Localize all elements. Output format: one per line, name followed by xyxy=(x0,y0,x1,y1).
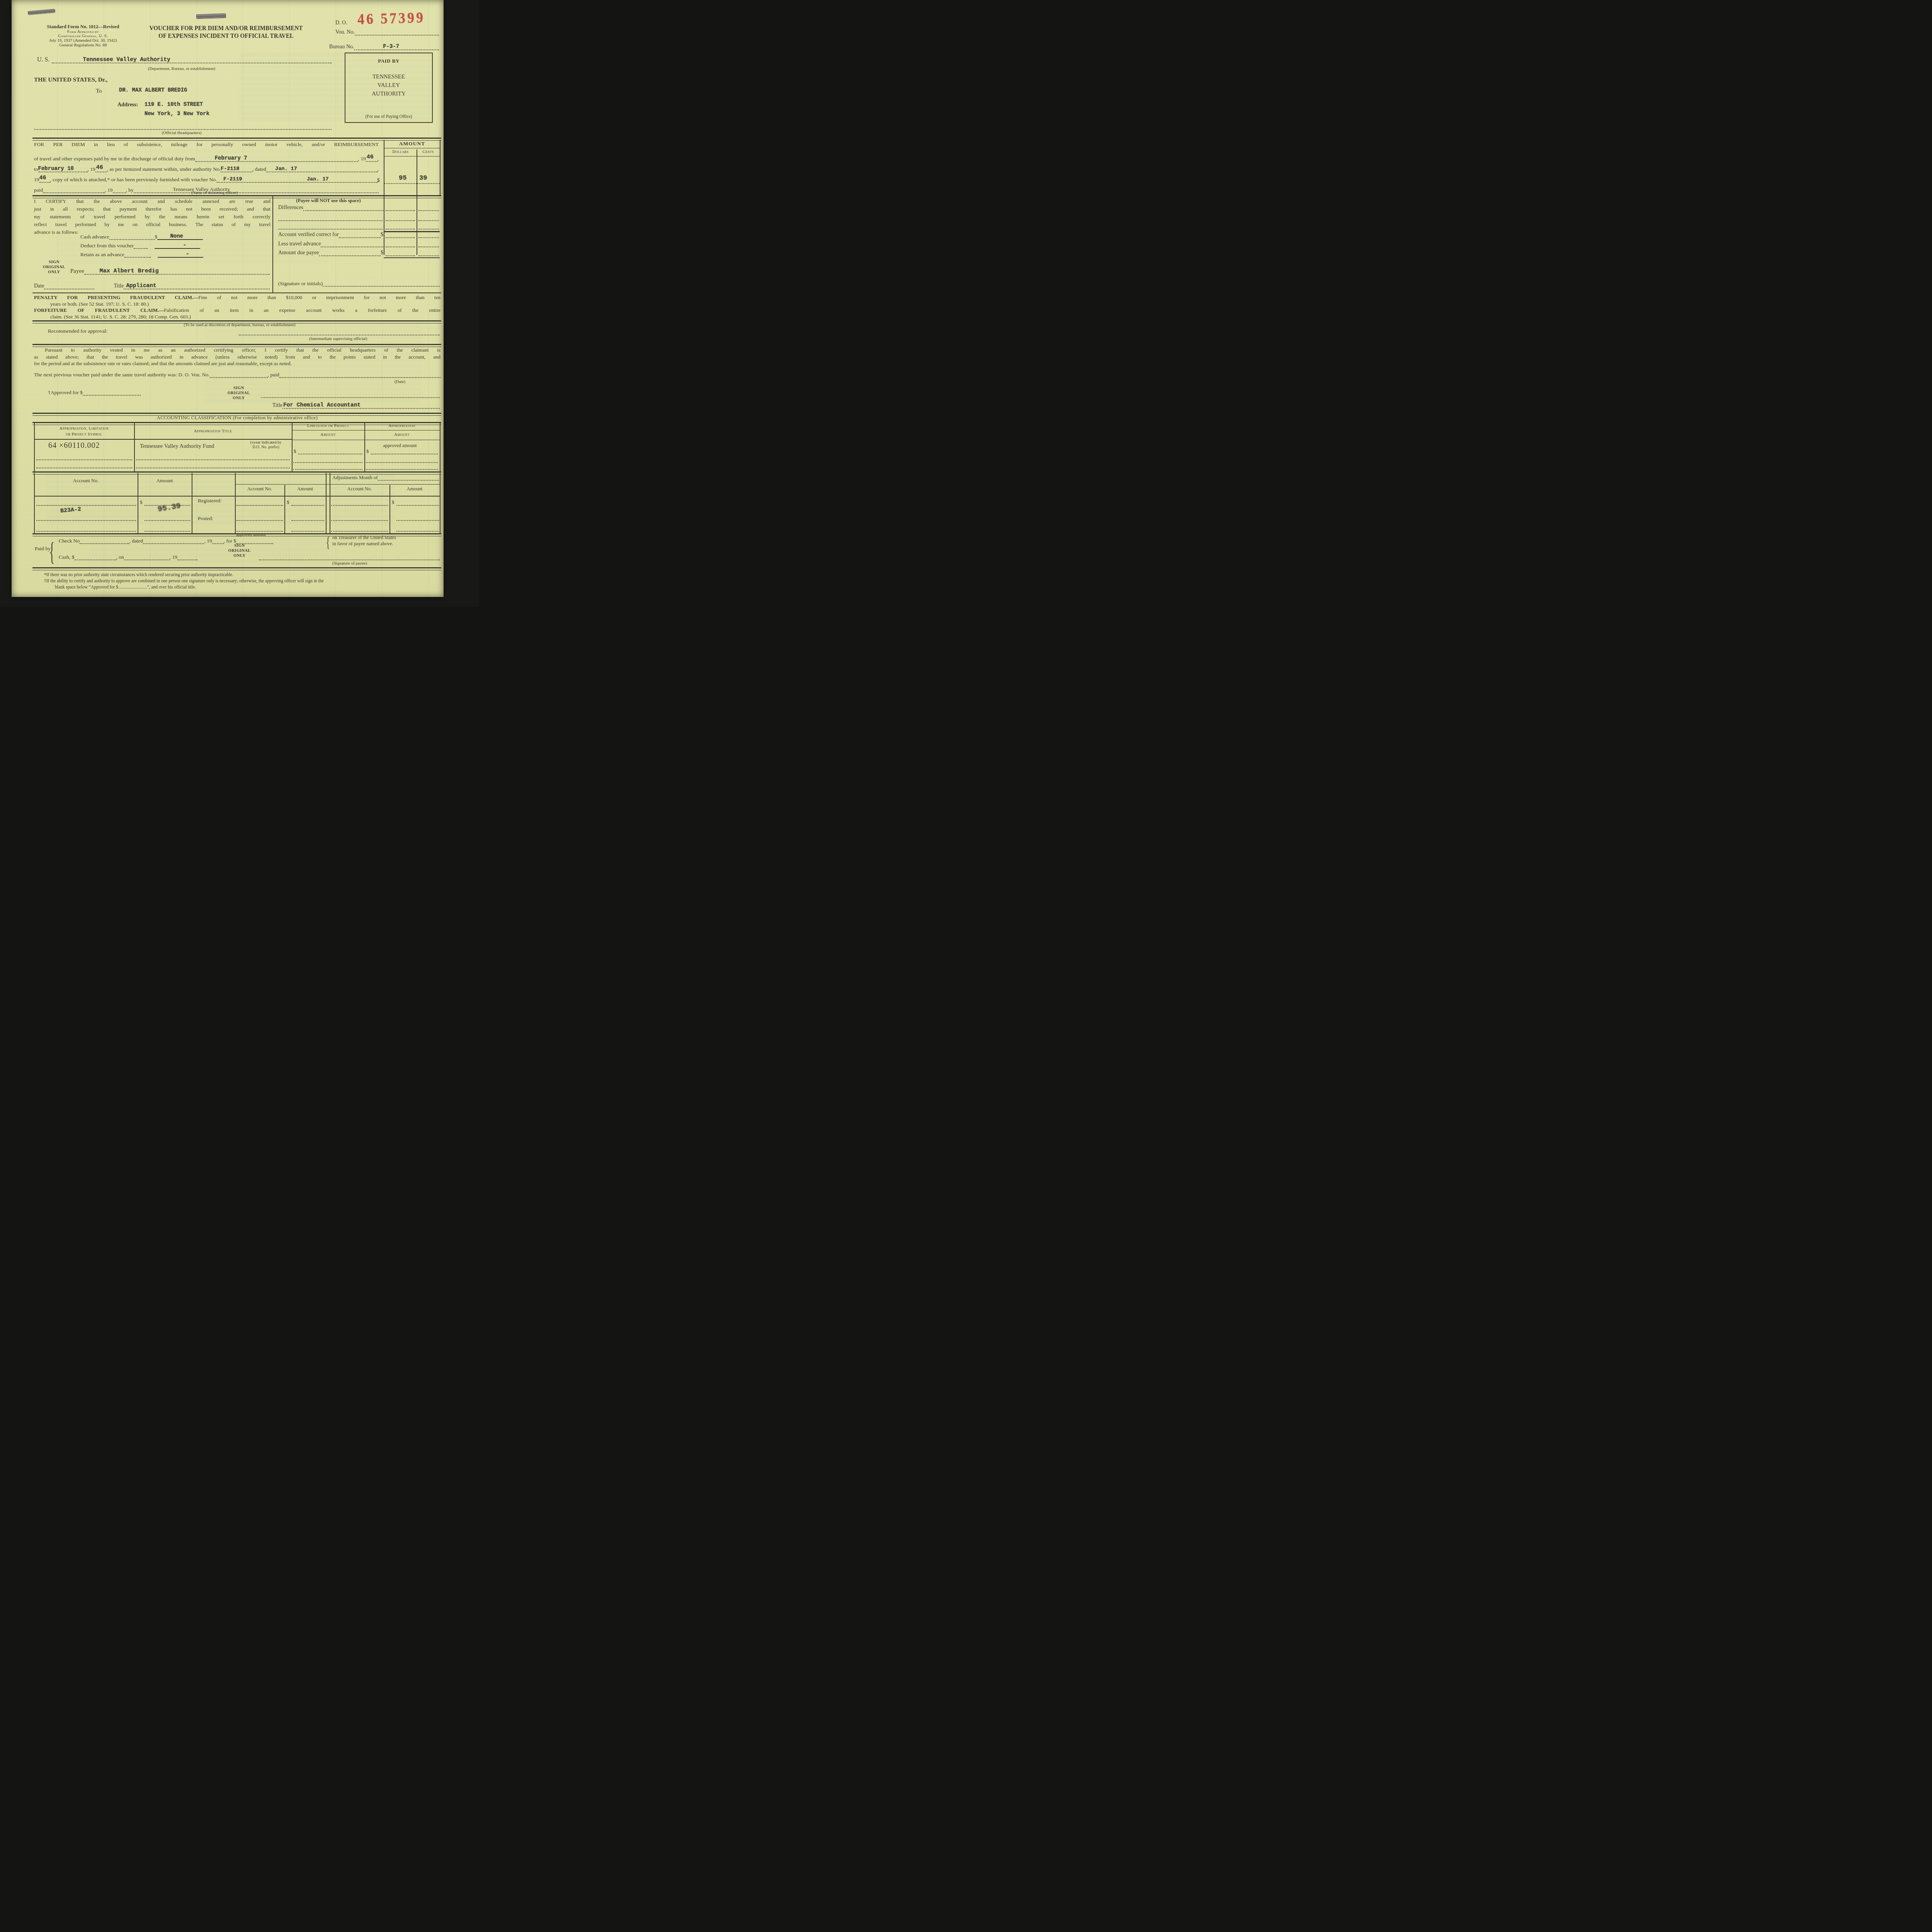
per-diem-line-3: to February 10 , 19 46 , as per itemized… xyxy=(34,162,379,172)
authority-no-value: F-2118 xyxy=(221,166,240,172)
acct-row3-col3 xyxy=(293,469,362,470)
verify-col-divider xyxy=(417,195,417,255)
acct2-v6 xyxy=(389,485,390,533)
acct2-subheader-rule xyxy=(235,484,440,485)
l4-year-value: 46 xyxy=(39,175,46,181)
deduct-row: Deduct from this voucher - xyxy=(80,242,243,249)
general-regulations: General Regulations No. 88 xyxy=(33,43,133,48)
cash-date-field xyxy=(124,554,170,560)
post-row-amt xyxy=(145,520,190,521)
approved-amount-note: approved amount xyxy=(365,443,435,449)
post-row-midacct xyxy=(236,520,283,521)
account-no-value: B23A-2 xyxy=(60,506,81,515)
limitation-amount-header: Amount xyxy=(293,432,364,437)
reg-row-midacct xyxy=(236,505,283,506)
per-diem-line-1: FOR PER DIEM in lieu of subsistence, mil… xyxy=(34,141,379,151)
amount-header: Amount xyxy=(138,478,191,484)
acct-row3-col4 xyxy=(366,469,438,470)
dollars-header: Dollars xyxy=(384,150,417,154)
certify-divider xyxy=(272,195,273,293)
certify-line-2: just in all respects; that payment there… xyxy=(34,205,270,213)
intermediate-caption: (Intermediate supervising official) xyxy=(278,337,398,341)
acct-header-rule xyxy=(34,439,292,440)
per-diem-text-2b: , 19 xyxy=(358,156,366,162)
comma: , xyxy=(378,166,379,172)
blank-row-1-cents xyxy=(418,220,439,221)
payee-signature-line xyxy=(259,560,440,560)
posted-label: Posted: xyxy=(198,515,213,522)
department-value: Tennessee Valley Authority xyxy=(83,57,170,63)
verify-total-rule xyxy=(384,231,440,232)
pursuant-line-3: for the period and at the subsistence ra… xyxy=(34,360,440,367)
less-advance-leader xyxy=(321,241,383,247)
check-no-label: Check No xyxy=(59,538,80,544)
paid-label: , paid xyxy=(268,372,279,378)
adjustments-row: Adjustments Month of xyxy=(332,474,439,481)
retain-label: Retain as an advance xyxy=(80,252,124,258)
staple-icon xyxy=(196,14,226,19)
forfeiture-line: FORFEITURE OF FRAUDULENT CLAIM.—Falsific… xyxy=(34,307,440,314)
col1-header-line1: Appropriation, Limitation xyxy=(35,426,133,432)
bureau-no-label: Bureau No. xyxy=(329,44,354,50)
per-diem-text-2: of travel and other expenses paid by me … xyxy=(34,156,195,162)
row3-midamt xyxy=(291,531,324,532)
dollar-sign: $ xyxy=(140,499,143,505)
certifying-title-label: Title xyxy=(272,403,282,409)
due-payee-leader xyxy=(319,250,381,256)
authority-no-field: F-2118 xyxy=(221,166,252,172)
certifying-title-value: For Chemical Accountant xyxy=(283,402,361,408)
acct2-v2 xyxy=(192,473,192,533)
authority-date-field: Jan. 17 xyxy=(266,166,378,172)
paid-by-brace: { xyxy=(49,537,54,567)
verified-leader xyxy=(339,232,381,238)
verified-label: Account verified correct for xyxy=(278,232,339,238)
acct-subheader-rule-2 xyxy=(292,440,440,440)
bureau-no-value: F-3-7 xyxy=(383,44,399,50)
us-label: U. S. xyxy=(37,56,49,63)
forfeiture-citation: claim. (See 36 Stat. 1141; U. S. C. 28: … xyxy=(34,314,440,320)
cents-header: Cents xyxy=(417,150,440,154)
accounting-heading: ACCOUNTING CLASSIFICATION (For completio… xyxy=(34,415,440,421)
voucher-title: VOUCHER FOR PER DIEM AND/OR REIMBURSEMEN… xyxy=(134,25,318,40)
only-word: ONLY xyxy=(223,396,254,401)
do-number-stamp: 46 57399 xyxy=(357,8,425,28)
paid-by-label: Paid by xyxy=(35,546,51,552)
sign-original-only-2: SIGN ORIGINAL ONLY xyxy=(223,386,254,401)
title-label: Title xyxy=(114,283,124,289)
per-diem-text-3b: , 19 xyxy=(88,166,95,172)
verified-amt-seg xyxy=(386,237,415,238)
mid-account-no-header: Account No. xyxy=(236,486,284,492)
per-diem-text-3: to xyxy=(34,166,38,172)
approved-for-row: †Approved for $ xyxy=(48,389,141,396)
pursuant-line-2: as stated above; that the travel was aut… xyxy=(34,354,440,361)
xyear-note: (xyear indicated by D.O. No. prefix) xyxy=(240,440,291,450)
reg-row-midamt xyxy=(291,505,324,506)
less-advance-cents-seg xyxy=(418,247,439,247)
adj-account-no-header: Account No. xyxy=(330,486,389,492)
certifying-title-row: Title For Chemical Accountant xyxy=(272,403,440,409)
date-label: Date xyxy=(34,283,44,289)
footnote-1: *If there was no prior authority state c… xyxy=(44,572,440,578)
per-diem-text-3c: , as per itemized statement within, unde… xyxy=(107,166,221,172)
forfeiture-text: Falsification of an item in an expense a… xyxy=(164,307,440,313)
acct2-v3 xyxy=(235,473,236,533)
amount-dollars-value: 95 xyxy=(399,175,406,182)
to-date-value: February 10 xyxy=(38,166,74,172)
post-row-adjacct xyxy=(331,520,388,521)
adjustments-label: Adjustments Month of xyxy=(332,474,378,481)
paying-office-caption: (For use of Paying Office) xyxy=(345,114,432,119)
title-field: Applicant xyxy=(124,283,270,289)
title-value: Applicant xyxy=(126,283,156,289)
certify-paragraph: I CERTIFY that the above account and sch… xyxy=(34,197,270,236)
department-field: Tennessee Valley Authority xyxy=(52,57,332,63)
row3-adjamt xyxy=(396,531,439,532)
blank-row-1 xyxy=(278,220,383,221)
date-title-row: Date Title Applicant xyxy=(34,283,270,289)
appropriation-header: Appropriation xyxy=(365,423,439,428)
certify-line-1: I CERTIFY that the above account and sch… xyxy=(34,197,270,205)
footnotes: *If there was no prior authority state c… xyxy=(44,572,440,590)
check-year-field xyxy=(212,538,224,544)
sign-word: SIGN xyxy=(223,386,254,391)
per-diem-text-4b: , copy of which is attached,* or has bee… xyxy=(50,177,217,183)
original-word: ORIGINAL xyxy=(39,265,70,270)
paid-by-title: PAID BY xyxy=(345,58,432,64)
acct-row3-col1 xyxy=(36,468,132,468)
approved-for-field xyxy=(83,389,141,396)
form-approved-by: Form Approved by xyxy=(33,30,133,34)
post-row-adjamt xyxy=(396,520,439,521)
blank-row-2-cents xyxy=(418,229,439,230)
deduct-value: - xyxy=(183,242,187,248)
appropriation-symbol-value: 64 ×60110.002 xyxy=(48,441,100,450)
approved-for-label: †Approved for $ xyxy=(48,389,83,396)
comma: , xyxy=(378,177,379,183)
retain-leader xyxy=(124,252,151,258)
previous-voucher-no-field xyxy=(210,372,268,378)
cash-advance-row: Cash advance $ None xyxy=(80,233,243,240)
cash-year-label: , 19 xyxy=(170,554,177,560)
acct-row2-col2 xyxy=(136,459,290,460)
differences-field xyxy=(303,205,383,211)
dollar-sign: $ xyxy=(287,499,289,505)
less-advance-amt-seg xyxy=(386,247,415,247)
paying-org: TENNESSEE VALLEY AUTHORITY xyxy=(345,73,432,98)
authority-date-value: Jan. 17 xyxy=(275,166,297,172)
certify-line-4: reflect travel performed by me on offici… xyxy=(34,221,270,228)
dollar-sign: $ xyxy=(381,250,383,256)
from-year-value: 46 xyxy=(367,154,374,160)
account-amount-value: 95.39 xyxy=(157,502,182,514)
cash-advance-leader xyxy=(109,234,155,240)
verify-col-left xyxy=(384,195,384,255)
per-diem-text-5c: , by xyxy=(126,187,134,193)
acct2-v5b xyxy=(330,473,330,533)
adjustments-month-field xyxy=(378,474,439,481)
form-number: Standard Form No. 1012—Revised xyxy=(33,24,133,30)
due-payee-amt-seg xyxy=(386,255,415,256)
differences-row: Differences xyxy=(278,205,383,211)
acct2-v4 xyxy=(284,485,285,533)
per-diem-text-5: paid xyxy=(34,187,43,193)
check-row: Check No , dated , 19 , for $ approved a… xyxy=(59,538,325,544)
per-diem-text-4: 19 xyxy=(34,177,39,183)
adj-amount-header: Amount xyxy=(390,486,439,492)
footnote-2: †If the ability to certify and authority… xyxy=(44,578,440,584)
prev-voucher-date-value: Jan. 17 xyxy=(307,177,329,182)
sign-original-only: SIGN ORIGINAL ONLY xyxy=(39,260,70,275)
paid-date-field xyxy=(279,372,440,378)
cash-advance-field: None xyxy=(157,233,203,240)
signature-initials-caption: (Signature or initials) xyxy=(278,281,323,287)
acct2-header-rule xyxy=(34,496,440,497)
appropriation-title-header: Appropriation Title xyxy=(135,429,291,434)
do-label: D. O. xyxy=(335,20,347,26)
deduct-field: - xyxy=(155,242,200,249)
cash-amount-field xyxy=(75,554,116,560)
vou-no-label: Vou. No. xyxy=(335,29,355,36)
check-no-field xyxy=(80,538,129,544)
paid-date-field xyxy=(43,187,105,193)
limitation-project-header: Limitation or Project xyxy=(293,423,364,428)
l4-year-field: 46 xyxy=(39,177,50,183)
signature-initials-field xyxy=(323,281,440,287)
appropriation-amount-field xyxy=(371,454,438,454)
differences-label: Differences xyxy=(278,205,303,211)
appropriation-title-value: Tennessee Valley Authority Fund xyxy=(140,443,214,450)
payee-label: Payee xyxy=(70,268,84,275)
signature-of-payee-caption: (Signature of payee) xyxy=(298,561,402,566)
verify-bottom-rule xyxy=(384,257,440,258)
account-no-header: Account No. xyxy=(35,478,137,484)
certifying-title-field: For Chemical Accountant xyxy=(282,403,440,409)
dollar-sign: $ xyxy=(294,448,296,454)
acct-row2-col3 xyxy=(293,462,362,463)
amount-cents-value: 39 xyxy=(419,175,427,182)
xyear-note-line1: (xyear indicated by xyxy=(240,440,291,445)
acct-row3-col2 xyxy=(136,468,290,468)
col1-header-line2: or Project Symbol xyxy=(35,432,133,437)
payee-signature-value: Max Albert Bredig xyxy=(100,268,159,274)
deduct-leader xyxy=(134,243,148,249)
dollars-cents-divider xyxy=(417,150,417,195)
org-line-1: TENNESSEE xyxy=(345,73,432,81)
blank-row-2 xyxy=(278,229,383,230)
differences-amount-seg xyxy=(386,210,415,211)
sign-word: SIGN xyxy=(39,260,70,265)
penalty-block: PENALTY FOR PRESENTING FRAUDULENT CLAIM.… xyxy=(34,294,440,320)
dated-label: , dated xyxy=(129,538,143,544)
due-payee-cents-seg xyxy=(418,255,439,256)
from-date-field: February 7 xyxy=(195,156,358,162)
section-rule xyxy=(32,567,441,570)
payee-signature-field: Max Albert Bredig xyxy=(84,269,270,275)
bureau-no-row: Bureau No. F-3-7 xyxy=(329,44,439,50)
reg-row-adjacct xyxy=(331,505,388,506)
to-year-field: 46 xyxy=(95,166,107,172)
penalty-line-1: PENALTY FOR PRESENTING FRAUDULENT CLAIM.… xyxy=(34,294,440,301)
blank-row-2-amt xyxy=(386,229,415,230)
comma: , xyxy=(378,156,379,162)
appropriation-amount-header: Amount xyxy=(365,432,439,437)
section-rule xyxy=(32,138,441,141)
row3-acct xyxy=(36,531,136,532)
due-payee-row: Amount due payee$ xyxy=(278,250,383,256)
dollar-sign: $ xyxy=(392,499,395,505)
less-advance-row: Less travel advance xyxy=(278,241,383,247)
penalty-text: Fine of not more than $10,000 or impriso… xyxy=(198,294,440,300)
footnote-3: blank space below “Approved for $.......… xyxy=(44,584,440,590)
pursuant-line-1: Pursuant to authority vested in me as an… xyxy=(34,347,440,354)
headquarters-caption: (Official Headquarters) xyxy=(124,131,240,135)
acct-col2-divider xyxy=(292,422,293,471)
check-date-field xyxy=(143,538,204,544)
treasurer-block: on Treasurer of the United States in fav… xyxy=(332,534,437,547)
united-states-debtor: THE UNITED STATES, Dr., xyxy=(34,77,107,83)
cash-advance-label: Cash advance xyxy=(80,234,109,240)
bureau-no-field: F-3-7 xyxy=(354,44,439,50)
paid-by-box: PAID BY TENNESSEE VALLEY AUTHORITY (For … xyxy=(345,53,433,123)
date-caption: (Date) xyxy=(371,379,429,384)
vou-no-field xyxy=(355,29,439,36)
less-advance-label: Less travel advance xyxy=(278,241,321,247)
acct2-v5a xyxy=(326,473,327,533)
per-diem-text-5b: , 19 xyxy=(105,187,112,193)
address-line-2: New York, 3 New York xyxy=(145,111,209,117)
section-rule xyxy=(32,293,441,293)
form-info-block: Standard Form No. 1012—Revised Form Appr… xyxy=(33,24,133,48)
deduct-label: Deduct from this voucher xyxy=(80,243,134,249)
only-word: ONLY xyxy=(39,270,70,275)
staple-icon xyxy=(28,9,55,15)
title-line-1: VOUCHER FOR PER DIEM AND/OR REIMBURSEMEN… xyxy=(134,25,318,32)
amount-entry-line xyxy=(384,183,440,184)
disbursing-officer-caption: (Name of disbursing officer) xyxy=(164,191,265,195)
accounting-bottom-rule xyxy=(32,471,441,474)
per-diem-text-1: FOR PER DIEM in lieu of subsistence, mil… xyxy=(34,141,379,147)
vou-no-row: Vou. No. xyxy=(335,29,439,36)
voucher-paper: Standard Form No. 1012—Revised Form Appr… xyxy=(12,0,444,597)
acct-border-right xyxy=(440,422,440,471)
cash-year-field xyxy=(177,554,197,560)
dollar-sign: $ xyxy=(155,234,158,240)
appropriation-symbol-header: Appropriation, Limitation or Project Sym… xyxy=(35,426,133,437)
forfeiture-heading: FORFEITURE OF FRAUDULENT CLAIM.— xyxy=(34,307,164,313)
to-date-field: February 10 xyxy=(38,166,88,172)
check-year-label: , 19 xyxy=(204,538,212,544)
previous-voucher-row: The next previous voucher paid under the… xyxy=(34,372,440,378)
org-line-2: VALLEY xyxy=(345,81,432,90)
per-diem-line-4: 19 46 , copy of which is attached,* or h… xyxy=(34,172,379,183)
reg-row-acct xyxy=(36,505,136,506)
retain-value: - xyxy=(186,251,189,257)
post-row-acct xyxy=(36,520,136,521)
acct-col1-divider xyxy=(134,422,135,471)
acct-row2-col1 xyxy=(36,459,132,460)
cash-row: Cash, $ , on , 19 xyxy=(59,554,221,560)
department-row: U. S. Tennessee Valley Authority xyxy=(37,56,332,63)
scanned-voucher-page: Standard Form No. 1012—Revised Form Appr… xyxy=(0,0,479,607)
cash-label: Cash, $ xyxy=(59,554,75,560)
comptroller-general: Comptroller General, U. S. xyxy=(33,34,133,38)
payee-space-caption: (Payee will NOT use this space) xyxy=(276,198,381,204)
row3-amt xyxy=(145,531,190,532)
payee-signature-row: Payee Max Albert Bredig xyxy=(70,268,270,275)
amount-title: AMOUNT xyxy=(384,141,440,147)
penalty-heading: PENALTY FOR PRESENTING FRAUDULENT CLAIM.… xyxy=(34,294,198,300)
approved-amount-note: approved amount xyxy=(236,532,266,537)
blank-row-1-amt xyxy=(386,220,415,221)
date-field xyxy=(44,283,94,289)
row3-adjacct xyxy=(331,531,388,532)
treasurer-line-2: in favor of payee named above. xyxy=(332,541,437,547)
original-word: ORIGINAL xyxy=(224,548,255,553)
treasurer-brace: { xyxy=(326,535,330,552)
certifying-officer-signature-line xyxy=(261,397,440,398)
verified-row: Account verified correct for$ xyxy=(278,232,383,238)
per-diem-text-3d: , dated xyxy=(252,166,266,172)
original-word: ORIGINAL xyxy=(223,391,254,396)
penalty-citation: years or both. (See 52 Stat. 197; U. S. … xyxy=(34,301,440,308)
form-date: July 19, 1937 (Amended Oct. 30, 1942) xyxy=(33,38,133,43)
to-year-value: 46 xyxy=(96,164,103,171)
per-diem-paragraph: FOR PER DIEM in lieu of subsistence, mil… xyxy=(34,141,379,193)
acct-subheader-rule-1 xyxy=(292,430,440,430)
amount-subheader-rule xyxy=(384,156,440,156)
department-caption: (Department, Bureau, or establishment) xyxy=(124,66,240,71)
sign-original-only-3: SIGN ORIGINAL ONLY xyxy=(224,543,255,558)
prev-voucher-no-value: F-2119 xyxy=(223,177,242,182)
address-line-1: 119 E. 10th STREET xyxy=(145,102,203,108)
intermediate-signature-line xyxy=(239,335,440,335)
sign-word: SIGN xyxy=(224,543,255,548)
discretion-caption: (To be used at discretion of department,… xyxy=(139,323,340,327)
from-year-field: 46 xyxy=(366,156,378,162)
acct2-border-right xyxy=(440,473,440,533)
org-line-3: AUTHORITY xyxy=(345,90,432,98)
address-label: Address: xyxy=(117,102,138,108)
title-line-2: OF EXPENSES INCIDENT TO OFFICIAL TRAVEL xyxy=(134,32,318,40)
limitation-amount-field xyxy=(298,454,362,454)
prev-voucher-field: F-2119 Jan. 17 xyxy=(217,177,377,183)
headquarters-line xyxy=(34,129,332,130)
retain-row: Retain as an advance - xyxy=(80,251,243,258)
treasurer-line-1: on Treasurer of the United States xyxy=(332,534,437,541)
dollar-sign: $ xyxy=(381,232,383,238)
amount-header-rule xyxy=(384,148,440,148)
dollar-sign: $ xyxy=(366,448,369,454)
post-row-midamt xyxy=(291,520,324,521)
differences-cents-seg xyxy=(418,210,439,211)
pursuant-paragraph: Pursuant to authority vested in me as an… xyxy=(34,347,440,367)
signature-initials-row: (Signature or initials) xyxy=(278,281,440,287)
mid-amount-header: Amount xyxy=(285,486,325,492)
previous-voucher-label: The next previous voucher paid under the… xyxy=(34,372,210,378)
registered-label: Registered: xyxy=(198,498,221,504)
only-word: ONLY xyxy=(224,553,255,558)
row3-midacct xyxy=(236,531,283,532)
on-label: , on xyxy=(116,554,124,560)
per-diem-line-2: of travel and other expenses paid by me … xyxy=(34,151,379,162)
from-date-value: February 7 xyxy=(215,155,247,162)
payee-name-typed: DR. MAX ALBERT BREDIG xyxy=(119,87,187,94)
to-label: To xyxy=(96,88,102,95)
cash-advance-value: None xyxy=(170,233,183,240)
verified-cents-seg xyxy=(418,237,439,238)
